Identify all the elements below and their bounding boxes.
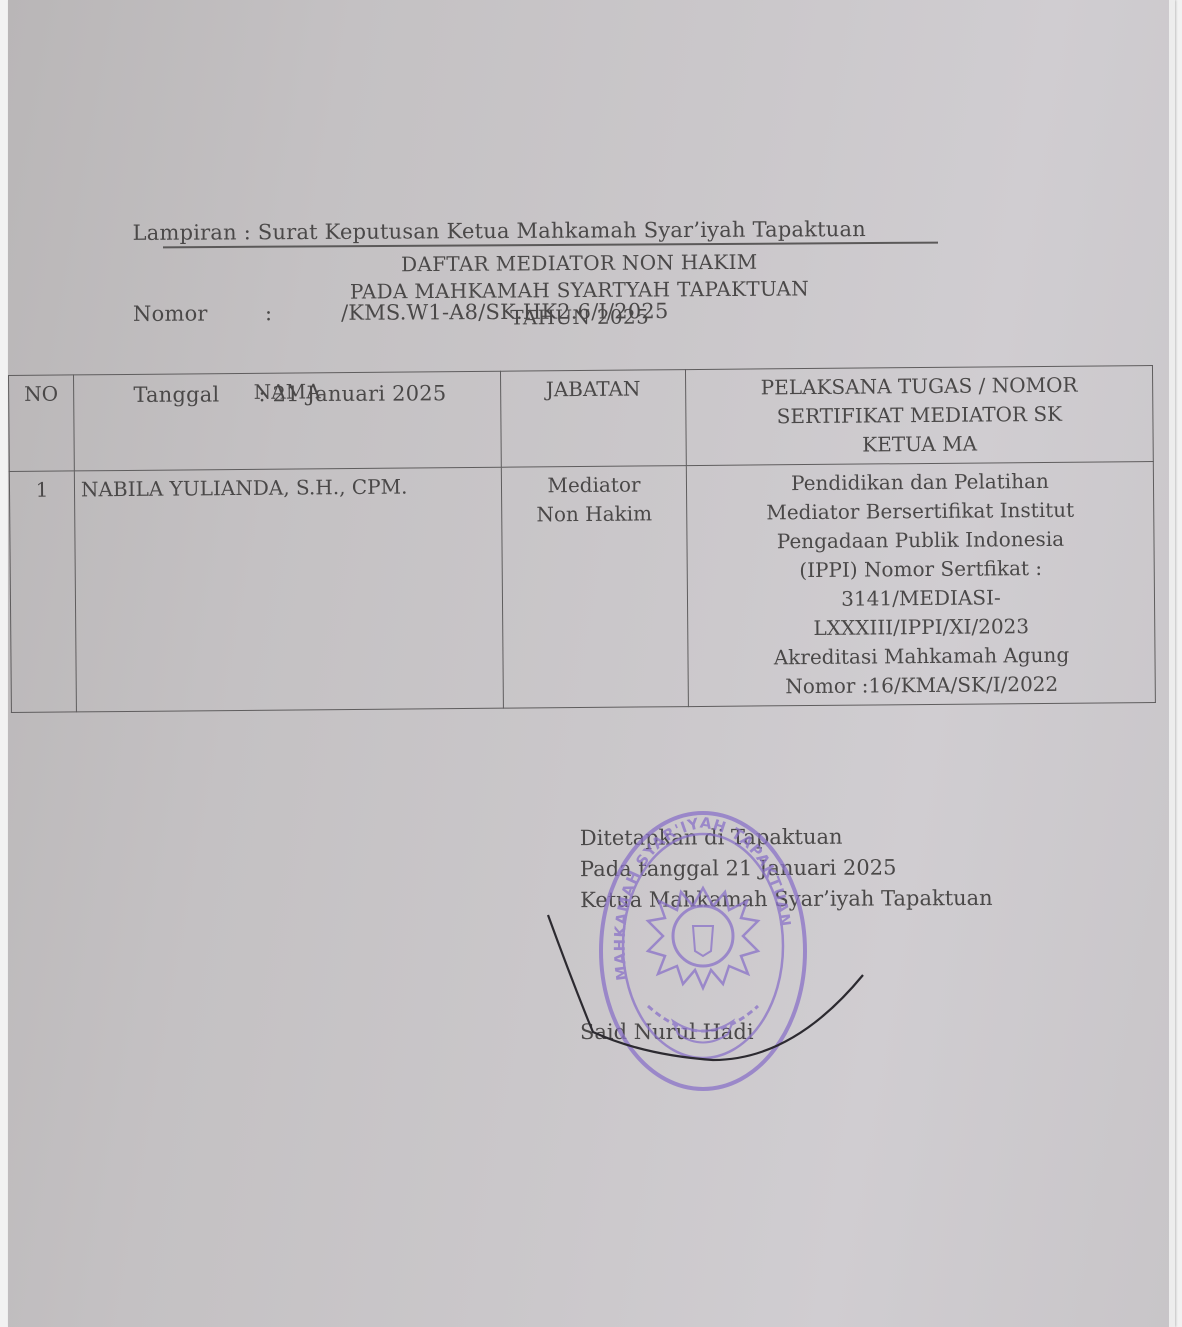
pelaksana-line: (IPPI) Nomor Sertfikat : <box>694 553 1148 586</box>
pelaksana-line: LXXXIII/IPPI/XI/2023 <box>694 611 1148 644</box>
jabatan-line: Non Hakim <box>508 499 680 529</box>
pelaksana-line: Akreditasi Mahkamah Agung <box>694 640 1148 673</box>
table-header-row: NO NAMA JABATAN PELAKSANA TUGAS / NOMOR … <box>9 366 1154 472</box>
col-header-jabatan: JABATAN <box>500 370 686 468</box>
col-header-no: NO <box>9 375 75 472</box>
lampiran-value: : Surat Keputusan Ketua Mahkamah Syar’iy… <box>244 217 866 244</box>
document-page: Lampiran : Surat Keputusan Ketua Mahkama… <box>8 0 1175 1327</box>
cell-pelaksana: Pendidikan dan Pelatihan Mediator Berser… <box>686 462 1155 707</box>
cell-nama: NABILA YULIANDA, S.H., CPM. <box>74 467 503 712</box>
col-header-pelaksana: PELAKSANA TUGAS / NOMOR SERTIFIKAT MEDIA… <box>685 366 1153 466</box>
table-row: 1 NABILA YULIANDA, S.H., CPM. Mediator N… <box>9 462 1155 713</box>
pelaksana-line: Pendidikan dan Pelatihan <box>693 466 1147 499</box>
cell-no: 1 <box>9 471 76 713</box>
col-header-pelaksana-line: SERTIFIKAT MEDIATOR SK <box>692 399 1146 432</box>
pelaksana-line: 3141/MEDIASI- <box>694 582 1148 615</box>
pelaksana-line: Nomor :16/KMA/SK/I/2022 <box>695 669 1149 702</box>
col-header-pelaksana-line: KETUA MA <box>693 428 1147 461</box>
pelaksana-line: Pengadaan Publik Indonesia <box>693 524 1147 557</box>
jabatan-line: Mediator <box>508 470 680 500</box>
document-title: DAFTAR MEDIATOR NON HAKIM PADA MAHKAMAH … <box>8 246 1163 335</box>
pelaksana-line: Mediator Bersertifikat Institut <box>693 495 1147 528</box>
page-edge <box>1169 0 1175 1327</box>
col-header-nama: NAMA <box>74 371 502 471</box>
lampiran-label: Lampiran <box>133 219 237 247</box>
cell-jabatan: Mediator Non Hakim <box>501 466 688 709</box>
mediator-table: NO NAMA JABATAN PELAKSANA TUGAS / NOMOR … <box>8 365 1156 713</box>
handwritten-signature-icon <box>543 910 873 1070</box>
col-header-pelaksana-line: PELAKSANA TUGAS / NOMOR <box>692 370 1146 403</box>
